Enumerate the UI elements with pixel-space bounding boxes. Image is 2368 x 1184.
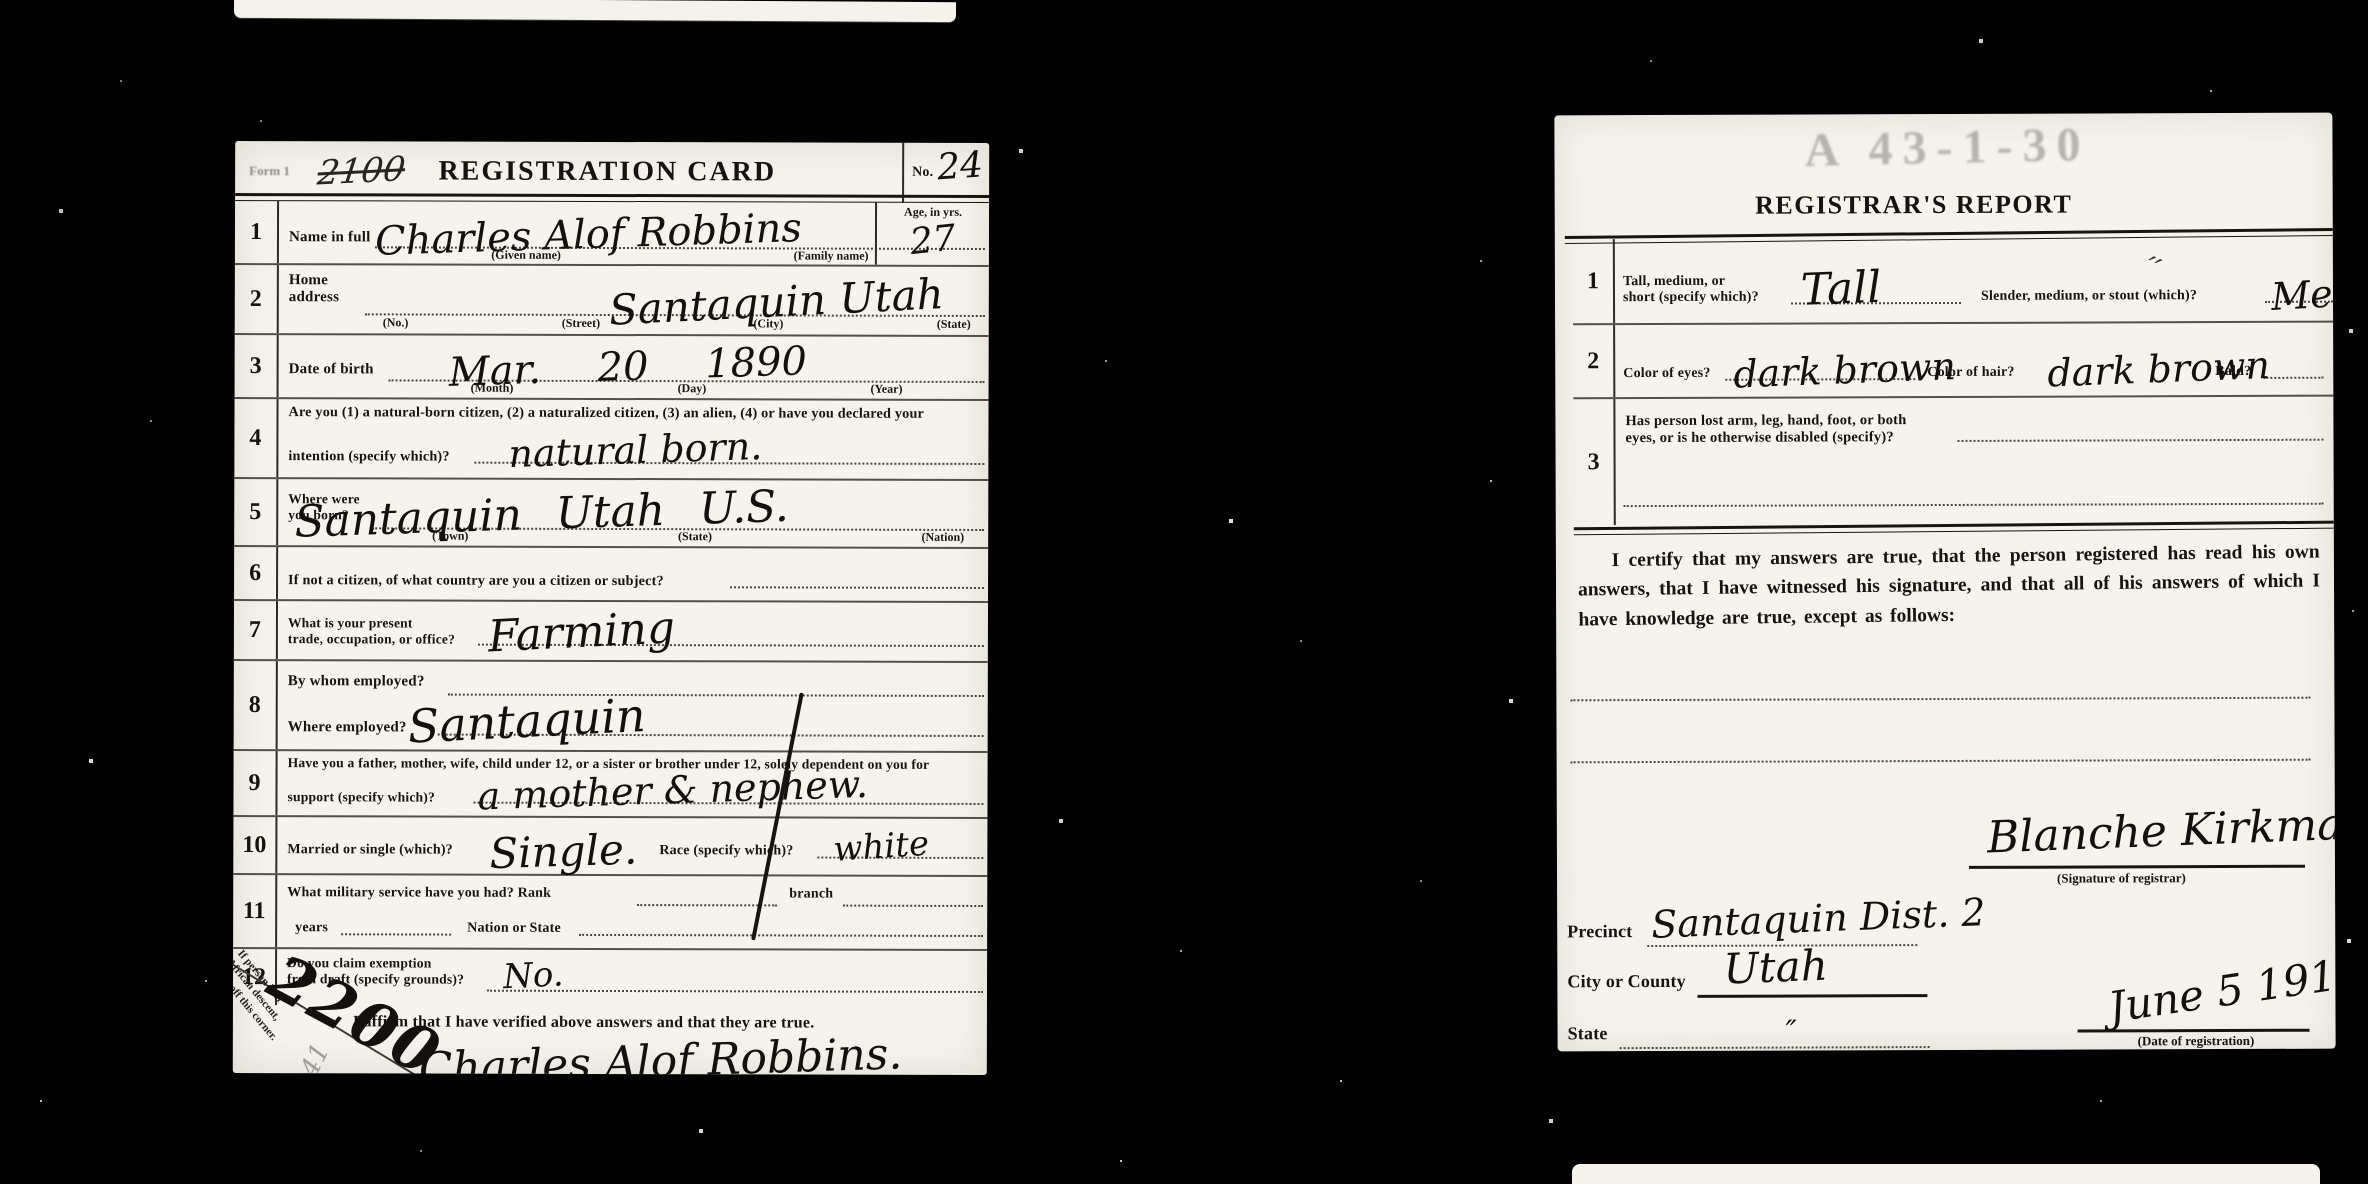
exemption-value: No. bbox=[502, 954, 564, 997]
row-number: 5 bbox=[234, 479, 278, 545]
row-employer: 8 By whom employed? Where employed? Sant… bbox=[234, 659, 988, 751]
registrar-signature-label: (Signature of registrar) bbox=[2057, 870, 2186, 886]
row-number: 3 bbox=[1573, 399, 1615, 525]
sub-state: (State) bbox=[937, 317, 971, 332]
film-grain-speckles bbox=[0, 0, 2, 2]
row-number: 6 bbox=[234, 547, 278, 599]
dob-label: Date of birth bbox=[289, 361, 374, 379]
trade-label-1: What is your present bbox=[288, 615, 455, 631]
registrars-report-card: A 43-1-30 ′′ REGISTRAR'S REPORT 1 Tall, … bbox=[1554, 113, 2335, 1052]
no-label: No. bbox=[912, 165, 933, 182]
years-label: years bbox=[295, 921, 328, 938]
reg-card-header: Form 1 2100 REGISTRATION CARD No. 24 bbox=[235, 141, 989, 203]
home-label-2: address bbox=[289, 289, 339, 307]
home-label-1: Home bbox=[289, 272, 339, 290]
disability-label-1: Has person lost arm, leg, hand, foot, or… bbox=[1625, 411, 2325, 431]
row-not-citizen: 6 If not a citizen, of what country are … bbox=[234, 545, 988, 601]
build-value: Medium bbox=[2270, 266, 2336, 319]
age-value: 27 bbox=[875, 214, 989, 266]
sub-street: (Street) bbox=[562, 316, 600, 331]
dependents-label-2: support (specify which)? bbox=[287, 789, 435, 805]
registration-date-label: (Date of registration) bbox=[2138, 1033, 2255, 1049]
height-label-1: Tall, medium, or bbox=[1623, 274, 1759, 291]
row-dependents: 9 Have you a father, mother, wife, child… bbox=[233, 749, 987, 817]
row-number: 2 bbox=[235, 265, 279, 333]
hair-value: dark brown bbox=[2046, 343, 2270, 396]
registration-card: Form 1 2100 REGISTRATION CARD No. 24 1 N… bbox=[233, 141, 989, 1075]
trade-value: Farming bbox=[487, 602, 676, 662]
eyes-label: Color of eyes? bbox=[1623, 366, 1710, 383]
no-value: 24 bbox=[936, 144, 984, 188]
registrar-signature: Blanche Kirkman bbox=[1986, 798, 2336, 864]
form-number-label: Form 1 bbox=[249, 163, 290, 179]
crossed-serial-number: 2100 bbox=[315, 149, 407, 193]
citizen-label-1: Are you (1) a natural-born citizen, (2) … bbox=[288, 404, 980, 423]
military-label: What military service have you had? Rank bbox=[287, 885, 551, 902]
scanned-document-page: Form 1 2100 REGISTRATION CARD No. 24 1 N… bbox=[0, 0, 2368, 1184]
row-number: 2 bbox=[1573, 325, 1615, 397]
name-label: Name in full bbox=[289, 229, 371, 247]
state-label: State bbox=[1568, 1023, 1608, 1044]
adjacent-card-edge-top bbox=[234, 0, 956, 22]
precinct-value: Santaquin Dist. 2 bbox=[1650, 890, 1986, 947]
row-number: 3 bbox=[235, 335, 279, 397]
age-box: Age, in yrs. 27 bbox=[875, 203, 989, 265]
city-county-value: Utah bbox=[1722, 941, 1828, 994]
citizen-label-2: intention (specify which)? bbox=[288, 448, 449, 465]
eyes-value: dark brown bbox=[1732, 344, 1956, 397]
row-married-race: 10 Married or single (which)? Single. Ra… bbox=[233, 815, 987, 875]
sub-year: (Year) bbox=[870, 382, 902, 397]
row-number: 9 bbox=[233, 751, 277, 815]
report-title: REGISTRAR'S REPORT bbox=[1555, 189, 2273, 222]
sub-no: (No.) bbox=[383, 315, 409, 330]
row-occupation: 7 What is your present trade, occupation… bbox=[234, 599, 988, 661]
city-county-label: City or County bbox=[1567, 971, 1686, 993]
row-number: 11 bbox=[233, 875, 277, 947]
registrant-signature: Charles Alof Robbins. bbox=[418, 1028, 903, 1075]
citizen-value: natural born. bbox=[508, 424, 763, 476]
affirmation-block: 2200 41 I affirm that I have verified ab… bbox=[233, 1005, 987, 1075]
city-county-line bbox=[1697, 994, 1927, 998]
card-title: REGISTRATION CARD bbox=[438, 156, 776, 189]
row-name: 1 Name in full Charles Alof Robbins (Giv… bbox=[235, 201, 989, 265]
row-where-born: 5 Where were you born? Santaquin Utah U.… bbox=[234, 477, 988, 547]
where-employed-label: Where employed? bbox=[288, 719, 407, 737]
height-value: Tall bbox=[1800, 262, 1882, 316]
nation-state-label: Nation or State bbox=[467, 921, 561, 938]
where-employed-value: Santaquin bbox=[407, 688, 647, 754]
disability-label-2: eyes, or is he otherwise disabled (speci… bbox=[1625, 429, 1893, 447]
archival-stamp: A 43-1-30 bbox=[1804, 117, 2091, 178]
row-citizenship: 4 Are you (1) a natural-born citizen, (2… bbox=[234, 397, 988, 479]
row-date-of-birth: 3 Date of birth Mar. 20 1890 (Month) (Da… bbox=[235, 333, 989, 399]
row-number: 1 bbox=[235, 201, 279, 263]
trade-label-2: trade, occupation, or office? bbox=[288, 631, 455, 647]
certify-paragraph: I certify that my answers are true, that… bbox=[1578, 537, 2321, 634]
married-value: Single. bbox=[489, 825, 638, 879]
row-number: 4 bbox=[234, 399, 278, 477]
branch-label: branch bbox=[789, 886, 833, 903]
row-number: 1 bbox=[1573, 239, 1615, 323]
precinct-label: Precinct bbox=[1567, 921, 1632, 942]
registration-date-value: June 5 1917 bbox=[2105, 947, 2335, 1032]
row-number: 8 bbox=[234, 661, 278, 749]
sub-family-name: (Family name) bbox=[794, 248, 869, 263]
married-label: Married or single (which)? bbox=[287, 843, 453, 860]
sub-nation: (Nation) bbox=[921, 530, 964, 545]
row-home-address: 2 Home address Santaquin Utah (No.) (Str… bbox=[235, 263, 989, 335]
report-row-eyes-hair: 2 Color of eyes? dark brown Color of hai… bbox=[1573, 321, 2333, 398]
race-value: white bbox=[832, 824, 930, 870]
height-label-2: short (specify which)? bbox=[1623, 290, 1759, 307]
row-military-service: 11 What military service have you had? R… bbox=[233, 873, 987, 949]
row-number: 10 bbox=[233, 817, 277, 873]
report-row-build: 1 Tall, medium, or short (specify which)… bbox=[1573, 237, 2333, 324]
state-ditto-value: ″ bbox=[1786, 1015, 1797, 1050]
report-row-disability: 3 Has person lost arm, leg, hand, foot, … bbox=[1573, 395, 2333, 526]
registrar-signature-line bbox=[1969, 865, 2305, 869]
build-label: Slender, medium, or stout (which)? bbox=[1981, 289, 2197, 306]
adjacent-card-edge-bottom bbox=[1572, 1164, 2320, 1184]
row-number: 7 bbox=[234, 601, 278, 659]
not-citizen-label: If not a citizen, of what country are yo… bbox=[288, 572, 664, 590]
employer-label: By whom employed? bbox=[288, 673, 425, 691]
